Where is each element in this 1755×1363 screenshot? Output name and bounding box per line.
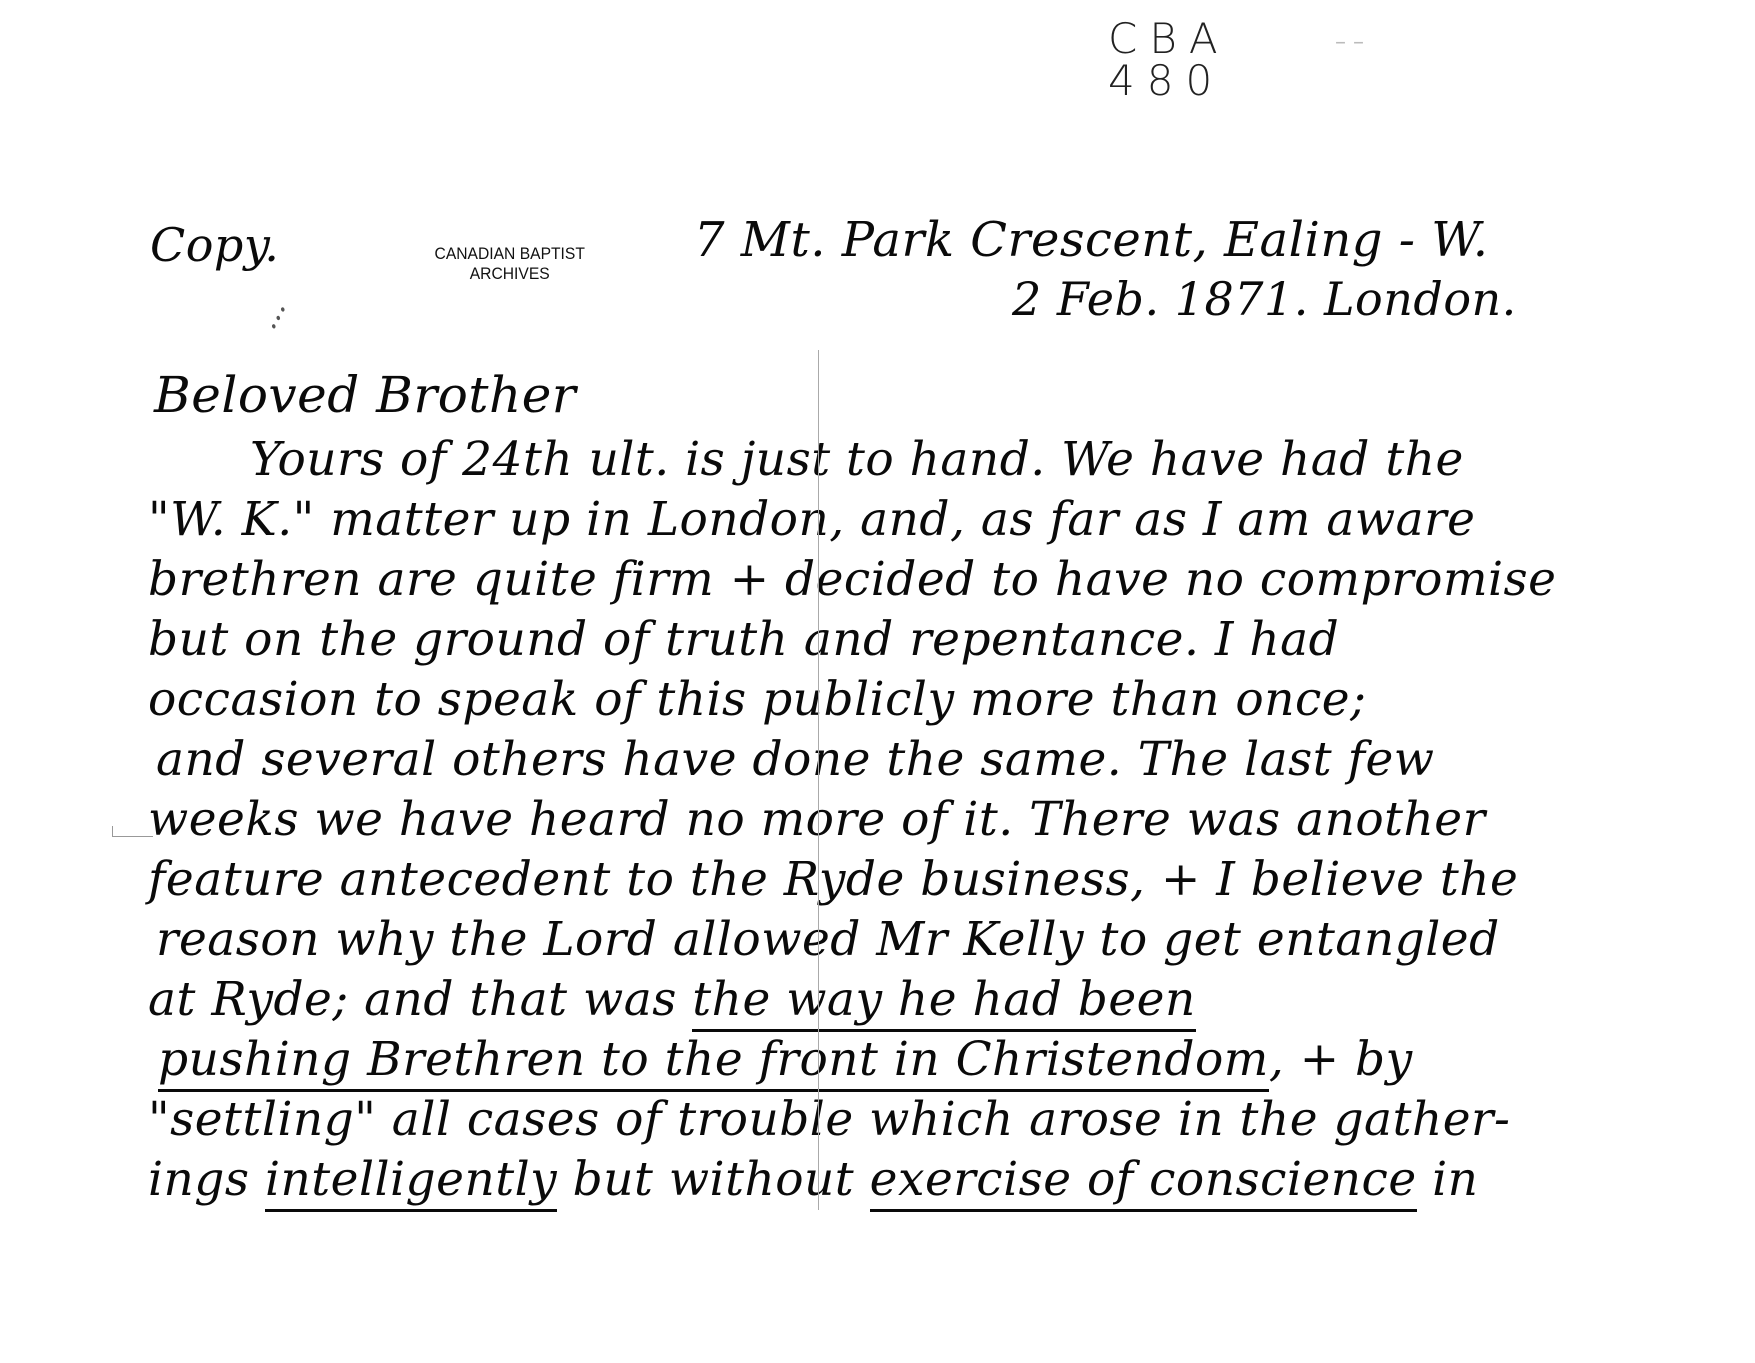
underlined-word: intelligently — [265, 1152, 557, 1212]
letter-line-1: Yours of 24th ult. is just to hand. We h… — [250, 432, 1464, 487]
copy-label: Copy. — [150, 218, 279, 272]
archives-stamp: CANADIAN BAPTIST ARCHIVES — [435, 244, 585, 284]
letter-line-12: "settling" all cases of trouble which ar… — [148, 1092, 1510, 1147]
letter-line-4: but on the ground of truth and repentanc… — [148, 612, 1339, 667]
stamp-line-1: CANADIAN BAPTIST — [435, 244, 585, 264]
underlined-phrase: exercise of conscience — [870, 1152, 1417, 1212]
letter-line-5: occasion to speak of this publicly more … — [148, 672, 1366, 727]
letter-date: 2 Feb. 1871. London. — [1012, 272, 1517, 326]
letter-line-6: and several others have done the same. T… — [156, 732, 1435, 787]
archive-item-number: 480 — [1108, 60, 1230, 102]
letter-line-11: pushing Brethren to the front in Christe… — [158, 1032, 1413, 1087]
salutation: Beloved Brother — [154, 366, 576, 424]
letter-line-8: feature antecedent to the Ryde business,… — [148, 852, 1518, 907]
pencil-initials: ... — [249, 293, 293, 335]
margin-bracket-mark — [112, 826, 153, 837]
letter-line-10: at Ryde; and that was the way he had bee… — [148, 972, 1196, 1027]
letter-line-13: ings intelligently but without exercise … — [148, 1152, 1478, 1207]
faint-corner-note: – – — [1335, 30, 1364, 55]
underlined-phrase: pushing Brethren to the front in Christe… — [158, 1032, 1269, 1092]
paper-fold-line — [818, 350, 819, 1210]
letter-line-7: weeks we have heard no more of it. There… — [148, 792, 1486, 847]
sender-address: 7 Mt. Park Crescent, Ealing - W. — [694, 212, 1488, 268]
underlined-phrase: the way he had been — [692, 972, 1195, 1032]
archive-collection-code: CBA — [1108, 18, 1230, 60]
letter-line-3: brethren are quite firm + decided to hav… — [148, 552, 1557, 607]
letter-line-9: reason why the Lord allowed Mr Kelly to … — [156, 912, 1500, 967]
stamp-line-2: ARCHIVES — [435, 264, 585, 284]
letter-line-2: "W. K." matter up in London, and, as far… — [148, 492, 1475, 547]
archive-call-number: CBA 480 — [1108, 18, 1230, 102]
